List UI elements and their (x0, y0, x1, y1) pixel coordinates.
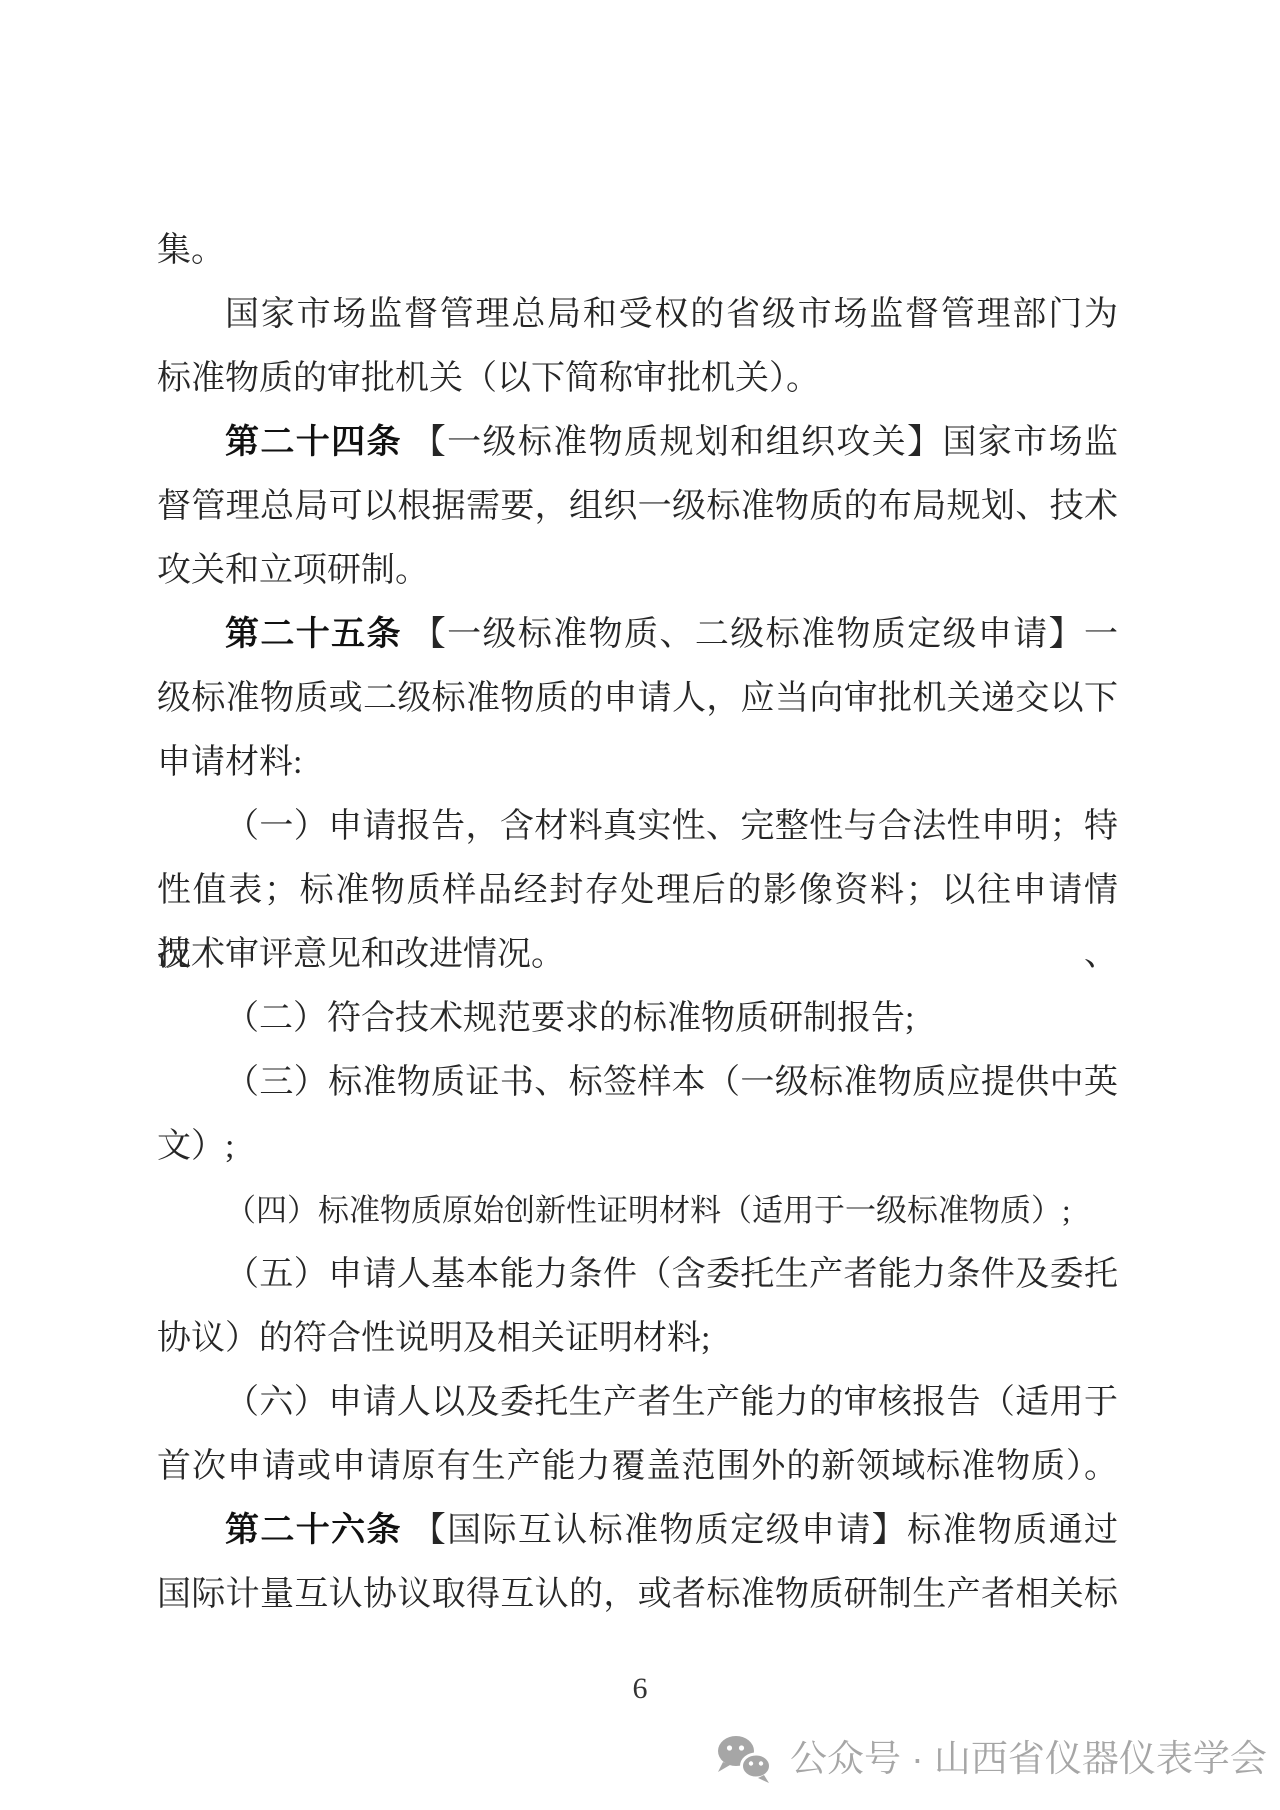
text-line: 申请材料: (157, 731, 1118, 795)
text-run: 协议）的符合性说明及相关证明材料; (157, 1320, 710, 1357)
text-line: 性值表；标准物质样品经封存处理后的影像资料；以往申请情况、 (157, 859, 1118, 923)
text-run: 国家市场监督管理总局和受权的省级市场监督管理部门为 (225, 296, 1118, 333)
watermark-label: 公众号 · 山西省仪器仪表学会 (790, 1734, 1267, 1784)
text-run: 国际计量互认协议取得互认的，或者标准物质研制生产者相关标 (157, 1576, 1118, 1613)
text-line: （一）申请报告，含材料真实性、完整性与合法性申明；特 (157, 795, 1118, 859)
text-run: 督管理总局可以根据需要，组织一级标准物质的布局规划、技术 (157, 488, 1118, 525)
text-line: 集。 (157, 219, 1118, 283)
document-page: 集。国家市场监督管理总局和受权的省级市场监督管理部门为标准物质的审批机关（以下简… (0, 0, 1280, 1810)
text-line: 文）; (157, 1115, 1118, 1179)
text-run: （一）申请报告，含材料真实性、完整性与合法性申明；特 (225, 808, 1118, 845)
text-line: 第二十六条 【国际互认标准物质定级申请】标准物质通过 (157, 1499, 1118, 1563)
article-number: 第二十四条 (225, 424, 402, 461)
text-run: （六）申请人以及委托生产者生产能力的审核报告（适用于 (225, 1384, 1118, 1421)
text-run: （三）标准物质证书、标签样本（一级标准物质应提供中英 (225, 1064, 1118, 1101)
watermark: 公众号 · 山西省仪器仪表学会 (714, 1734, 1267, 1784)
text-run: 【国际互认标准物质定级申请】标准物质通过 (402, 1512, 1118, 1549)
text-run: （四）标准物质原始创新性证明材料（适用于一级标准物质）; (225, 1193, 1071, 1228)
text-run: 文）; (157, 1128, 234, 1165)
text-line: 国际计量互认协议取得互认的，或者标准物质研制生产者相关标 (157, 1563, 1118, 1627)
page-number: 6 (0, 1672, 1280, 1706)
text-line: 督管理总局可以根据需要，组织一级标准物质的布局规划、技术 (157, 475, 1118, 539)
text-line: 第二十五条 【一级标准物质、二级标准物质定级申请】一 (157, 603, 1118, 667)
text-run: 【一级标准物质、二级标准物质定级申请】一 (402, 616, 1118, 653)
text-run: 集。 (157, 232, 225, 269)
text-run: （五）申请人基本能力条件（含委托生产者能力条件及委托 (225, 1256, 1118, 1293)
text-run: 【一级标准物质规划和组织攻关】国家市场监 (402, 424, 1118, 461)
text-line: （三）标准物质证书、标签样本（一级标准物质应提供中英 (157, 1051, 1118, 1115)
text-line: 第二十四条 【一级标准物质规划和组织攻关】国家市场监 (157, 411, 1118, 475)
text-line: 首次申请或申请原有生产能力覆盖范围外的新领域标准物质）。 (157, 1435, 1118, 1499)
text-line: （二）符合技术规范要求的标准物质研制报告; (157, 987, 1118, 1051)
article-number: 第二十六条 (225, 1512, 402, 1549)
text-run: 级标准物质或二级标准物质的申请人，应当向审批机关递交以下 (157, 680, 1118, 717)
text-line: （六）申请人以及委托生产者生产能力的审核报告（适用于 (157, 1371, 1118, 1435)
text-line: 攻关和立项研制。 (157, 539, 1118, 603)
text-line: （五）申请人基本能力条件（含委托生产者能力条件及委托 (157, 1243, 1118, 1307)
text-line: 协议）的符合性说明及相关证明材料; (157, 1307, 1118, 1371)
text-run: （二）符合技术规范要求的标准物质研制报告; (225, 1000, 914, 1037)
text-block: 集。国家市场监督管理总局和受权的省级市场监督管理部门为标准物质的审批机关（以下简… (157, 219, 1118, 1627)
text-line: （四）标准物质原始创新性证明材料（适用于一级标准物质）; (157, 1179, 1118, 1243)
text-line: 标准物质的审批机关（以下简称审批机关）。 (157, 347, 1118, 411)
text-run: 攻关和立项研制。 (157, 552, 429, 589)
text-run: 标准物质的审批机关（以下简称审批机关）。 (157, 360, 820, 397)
text-run: 首次申请或申请原有生产能力覆盖范围外的新领域标准物质）。 (157, 1448, 1118, 1485)
wechat-icon (714, 1734, 778, 1784)
text-line: 级标准物质或二级标准物质的申请人，应当向审批机关递交以下 (157, 667, 1118, 731)
text-line: 国家市场监督管理总局和受权的省级市场监督管理部门为 (157, 283, 1118, 347)
text-run: 技术审评意见和改进情况。 (157, 936, 565, 973)
text-run: 申请材料: (157, 744, 302, 781)
article-number: 第二十五条 (225, 616, 402, 653)
